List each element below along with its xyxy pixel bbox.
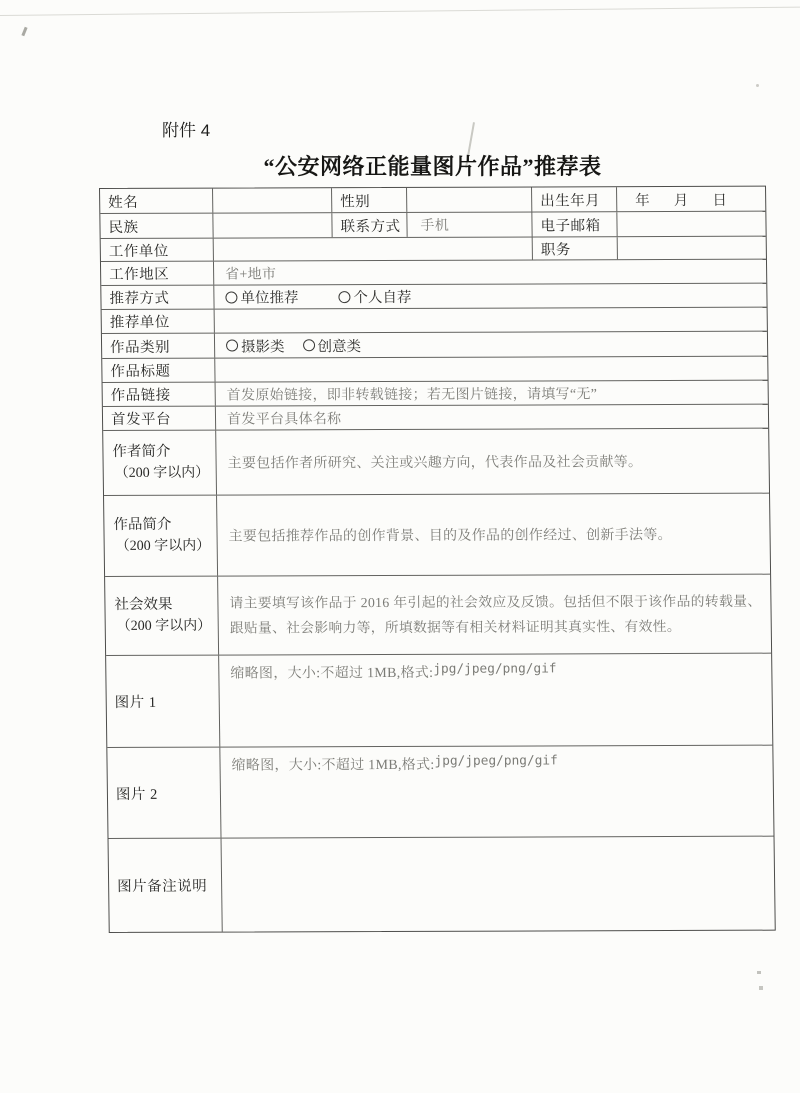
recommend-unit-label: 推荐单位 <box>102 310 214 333</box>
scan-speck <box>756 84 759 87</box>
attachment-label: 附件 4 <box>162 116 210 141</box>
recommendation-form-table: 姓名 性别 出生年月 年 月 日 民族 联系方式 手机 电子邮箱 工作单位 职务… <box>99 186 776 933</box>
author-intro-label-line1: 作者简介 <box>112 442 170 463</box>
recommend-method-label: 推荐方式 <box>101 286 213 309</box>
first-platform-label: 首发平台 <box>103 407 215 430</box>
picture2-placeholder-text: 缩略图，大小:不超过 1MB,格式: <box>231 754 434 775</box>
work-area-placeholder: 省+地市 <box>213 260 766 285</box>
social-effect-placeholder: 请主要填写该作品于 2016 年引起的社会效应及反馈。包括但不限于该作品的转载量… <box>217 575 771 655</box>
option-label: 个人自荐 <box>353 286 411 307</box>
contact-label: 联系方式 <box>331 213 406 237</box>
page-title: “公安网络正能量图片作品”推荐表 <box>99 150 766 181</box>
first-platform-placeholder: 首发平台具体名称 <box>215 405 768 430</box>
recommend-method-options: 单位推荐 个人自荐 <box>213 284 766 309</box>
scanned-form-page: { "document": { "attachment_label": "附件 … <box>0 0 800 1093</box>
author-intro-label-line2: （200 字以内） <box>113 463 210 484</box>
row-name-gender-birth: 姓名 性别 出生年月 年 月 日 <box>100 187 765 213</box>
work-category-label: 作品类别 <box>102 334 214 358</box>
recommend-unit-value-cell <box>214 308 767 333</box>
social-effect-label-line1: 社会效果 <box>114 595 172 616</box>
work-title-label: 作品标题 <box>102 359 214 382</box>
option-label: 单位推荐 <box>240 286 298 307</box>
option-label: 摄影类 <box>241 335 285 356</box>
picture2-placeholder: 缩略图，大小:不超过 1MB,格式:jpg/jpeg/png/gif <box>219 746 773 838</box>
work-title-value-cell <box>214 357 767 382</box>
option-photography: 摄影类 <box>226 335 285 356</box>
row-ethnicity-contact-email: 民族 联系方式 手机 电子邮箱 <box>100 211 765 238</box>
row-social-effect: 社会效果 （200 字以内） 请主要填写该作品于 2016 年引起的社会效应及反… <box>105 574 771 655</box>
work-intro-label-line2: （200 字以内） <box>114 536 211 557</box>
row-work-title: 作品标题 <box>102 356 767 382</box>
scan-speck <box>757 971 761 974</box>
picture1-format-text: jpg/jpeg/png/gif <box>433 661 556 676</box>
picture1-label: 图片 1 <box>106 656 219 747</box>
birth-date-label: 出生年月 <box>531 187 616 211</box>
work-intro-label: 作品简介 （200 字以内） <box>104 496 217 576</box>
option-creative: 创意类 <box>302 335 361 356</box>
work-link-label: 作品链接 <box>103 383 215 406</box>
gender-value-cell <box>406 187 531 211</box>
work-intro-label-line1: 作品简介 <box>113 515 171 536</box>
option-label: 创意类 <box>317 335 361 356</box>
position-value-cell <box>617 237 766 260</box>
row-picture-note: 图片备注说明 <box>109 836 775 932</box>
row-recommend-method: 推荐方式 单位推荐 个人自荐 <box>101 283 766 309</box>
birth-date-value: 年 月 日 <box>616 187 765 212</box>
picture2-label: 图片 2 <box>107 748 220 838</box>
scan-speck <box>21 27 27 36</box>
social-effect-label: 社会效果 （200 字以内） <box>105 577 218 655</box>
option-self-recommend: 个人自荐 <box>338 286 411 307</box>
gender-label: 性别 <box>331 188 406 212</box>
work-link-placeholder: 首发原始链接，即非转载链接；若无图片链接，请填写“无” <box>215 381 768 406</box>
picture1-placeholder: 缩略图，大小:不超过 1MB,格式:jpg/jpeg/png/gif <box>218 654 772 747</box>
picture-note-value-cell <box>221 837 775 932</box>
scan-edge-line <box>0 7 800 16</box>
row-author-intro: 作者简介 （200 字以内） 主要包括作者所研究、关注或兴趣方向，代表作品及社会… <box>103 428 769 495</box>
radio-circle-icon <box>225 291 237 303</box>
ethnicity-value-cell <box>212 213 331 237</box>
picture-note-label: 图片备注说明 <box>109 839 222 932</box>
contact-placeholder: 手机 <box>406 212 531 236</box>
row-work-link: 作品链接 首发原始链接，即非转载链接；若无图片链接，请填写“无” <box>103 380 768 406</box>
author-intro-placeholder: 主要包括作者所研究、关注或兴趣方向，代表作品及社会贡献等。 <box>215 429 769 495</box>
row-work-area: 工作地区 省+地市 <box>101 259 766 285</box>
work-category-options: 摄影类 创意类 <box>214 332 767 358</box>
picture2-format-text: jpg/jpeg/png/gif <box>434 753 557 768</box>
row-work-intro: 作品简介 （200 字以内） 主要包括推荐作品的创作背景、目的及作品的创作经过、… <box>104 493 770 576</box>
row-picture-2: 图片 2 缩略图，大小:不超过 1MB,格式:jpg/jpeg/png/gif <box>107 745 773 838</box>
email-value-cell <box>616 212 765 237</box>
radio-circle-icon <box>226 340 238 352</box>
email-label: 电子邮箱 <box>531 212 616 236</box>
option-unit-recommend: 单位推荐 <box>225 286 298 307</box>
row-first-platform: 首发平台 首发平台具体名称 <box>103 404 768 430</box>
row-picture-1: 图片 1 缩略图，大小:不超过 1MB,格式:jpg/jpeg/png/gif <box>106 653 772 747</box>
social-effect-label-line2: （200 字以内） <box>115 616 212 637</box>
radio-circle-icon <box>302 339 314 351</box>
work-unit-label: 工作单位 <box>101 239 213 261</box>
name-label: 姓名 <box>100 189 212 213</box>
row-workunit-position: 工作单位 职务 <box>101 236 766 261</box>
row-recommend-unit: 推荐单位 <box>102 307 767 333</box>
work-area-label: 工作地区 <box>101 262 213 285</box>
name-value-cell <box>212 188 331 212</box>
radio-circle-icon <box>338 291 350 303</box>
ethnicity-label: 民族 <box>100 214 212 238</box>
row-work-category: 作品类别 摄影类 创意类 <box>102 331 767 358</box>
work-unit-value-cell <box>213 237 532 260</box>
picture1-placeholder-text: 缩略图，大小:不超过 1MB,格式: <box>230 662 433 683</box>
position-label: 职务 <box>532 237 617 259</box>
scan-speck <box>759 986 763 990</box>
work-intro-placeholder: 主要包括推荐作品的创作背景、目的及作品的创作经过、创新手法等。 <box>216 494 770 576</box>
author-intro-label: 作者简介 （200 字以内） <box>103 431 216 495</box>
